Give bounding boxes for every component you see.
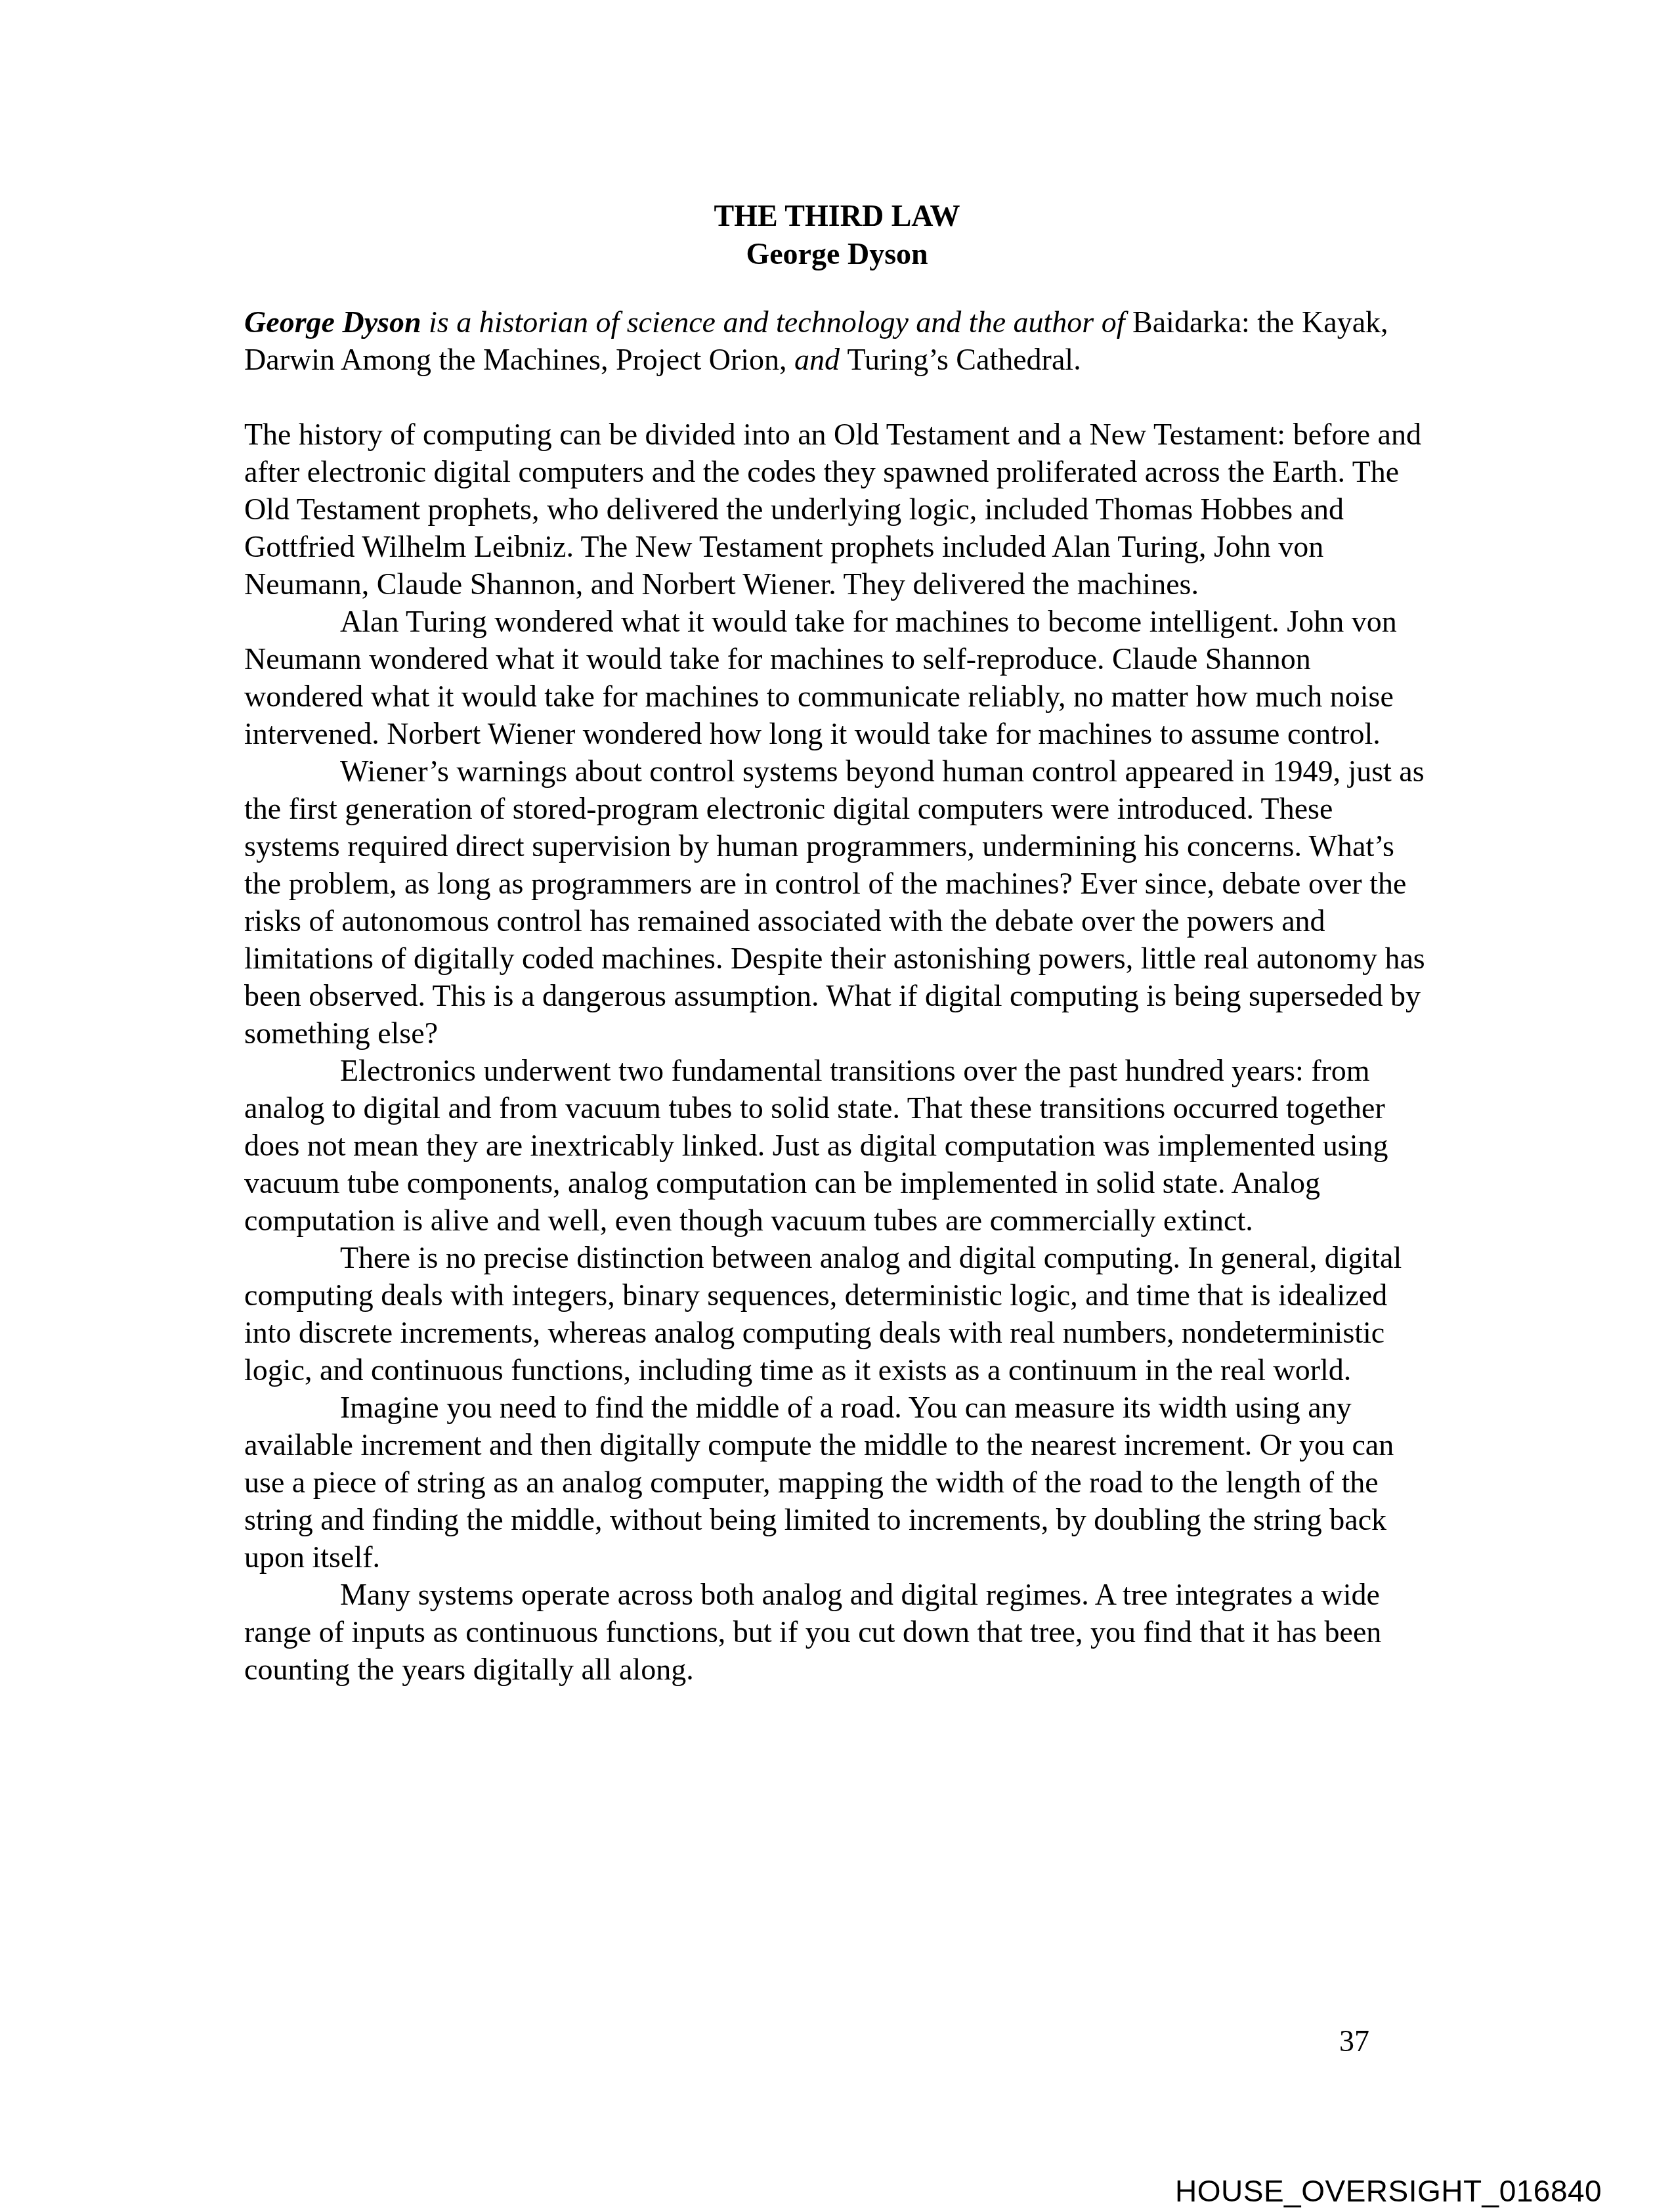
- paragraph: Alan Turing wondered what it would take …: [244, 603, 1426, 752]
- bates-stamp: HOUSE_OVERSIGHT_016840: [1175, 2173, 1602, 2209]
- bio-book-last: Turing’s Cathedral.: [848, 343, 1081, 376]
- bio-text: is a historian of science and technology…: [421, 305, 1132, 339]
- article-header: THE THIRD LAW George Dyson: [0, 197, 1674, 273]
- page-number: 37: [1339, 2024, 1369, 2058]
- paragraph: Electronics underwent two fundamental tr…: [244, 1052, 1426, 1239]
- paragraph: The history of computing can be divided …: [244, 416, 1426, 603]
- article-body: George Dyson is a historian of science a…: [244, 303, 1426, 1688]
- article-title: THE THIRD LAW: [0, 197, 1674, 235]
- paragraph: Many systems operate across both analog …: [244, 1576, 1426, 1688]
- paragraph: Imagine you need to find the middle of a…: [244, 1389, 1426, 1576]
- bio-name: George Dyson: [244, 305, 421, 339]
- paragraph: There is no precise distinction between …: [244, 1239, 1426, 1389]
- document-page: THE THIRD LAW George Dyson George Dyson …: [0, 0, 1674, 2212]
- author-bio: George Dyson is a historian of science a…: [244, 303, 1426, 378]
- paragraph: Wiener’s warnings about control systems …: [244, 752, 1426, 1052]
- article-author: George Dyson: [0, 235, 1674, 273]
- bio-and: and: [787, 343, 848, 376]
